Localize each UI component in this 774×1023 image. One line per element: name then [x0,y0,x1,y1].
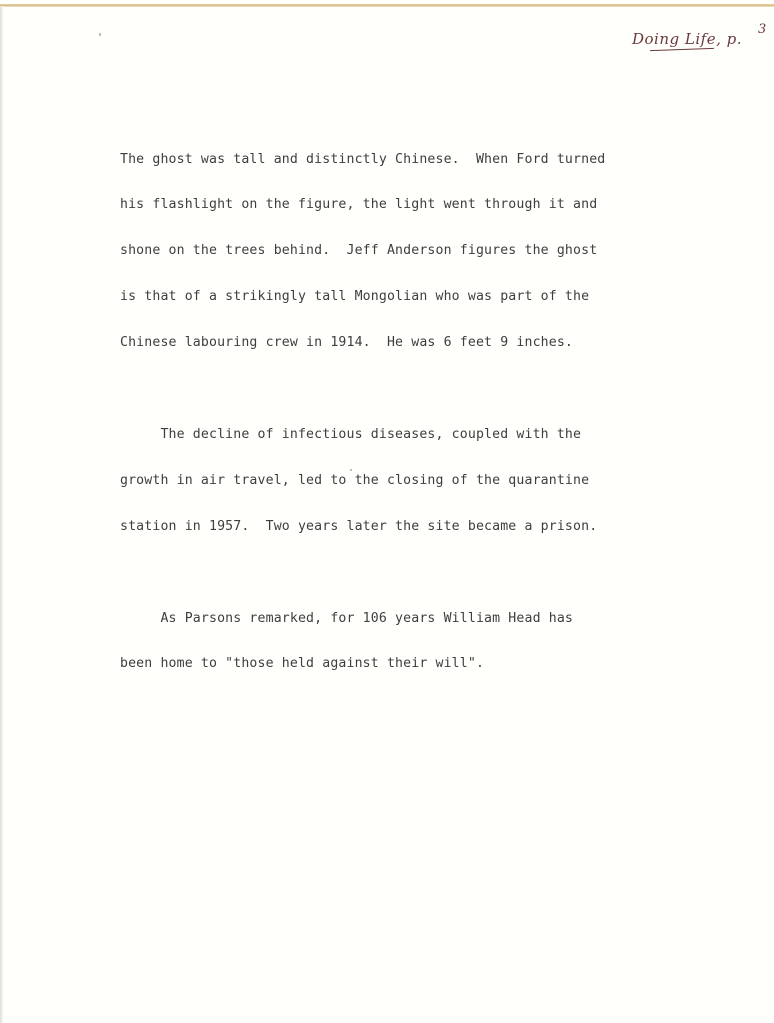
text-line: Chinese labouring crew in 1914. He was 6… [120,335,690,350]
paper-speck [99,33,101,36]
paragraph-quarantine: The decline of infectious diseases, coup… [120,396,690,564]
handwritten-underline [650,48,714,51]
page-reference-text: Doing Life, p. [632,30,742,48]
text-line: The ghost was tall and distinctly Chines… [120,152,690,167]
paper-left-edge [0,6,3,1023]
text-line: shone on the trees behind. Jeff Anderson… [120,243,690,258]
text-line: is that of a strikingly tall Mongolian w… [120,289,690,304]
paper-top-edge [0,4,774,7]
text-line: his flashlight on the figure, the light … [120,197,690,212]
text-line: been home to "those held against their w… [120,656,690,671]
text-line: growth in air travel, led to the closing… [120,473,690,488]
paragraph-parsons: As Parsons remarked, for 106 years Willi… [120,580,690,702]
body-text: The ghost was tall and distinctly Chines… [120,121,690,718]
paragraph-ghost: The ghost was tall and distinctly Chines… [120,121,690,381]
text-line: As Parsons remarked, for 106 years Willi… [120,611,690,626]
text-line: station in 1957. Two years later the sit… [120,519,690,534]
handwritten-page-reference: Doing Life, p. 3 [632,30,742,48]
page-number: 3 [758,22,767,37]
text-line: The decline of infectious diseases, coup… [120,427,690,442]
document-page: Doing Life, p. 3 The ghost was tall and … [0,0,774,1023]
